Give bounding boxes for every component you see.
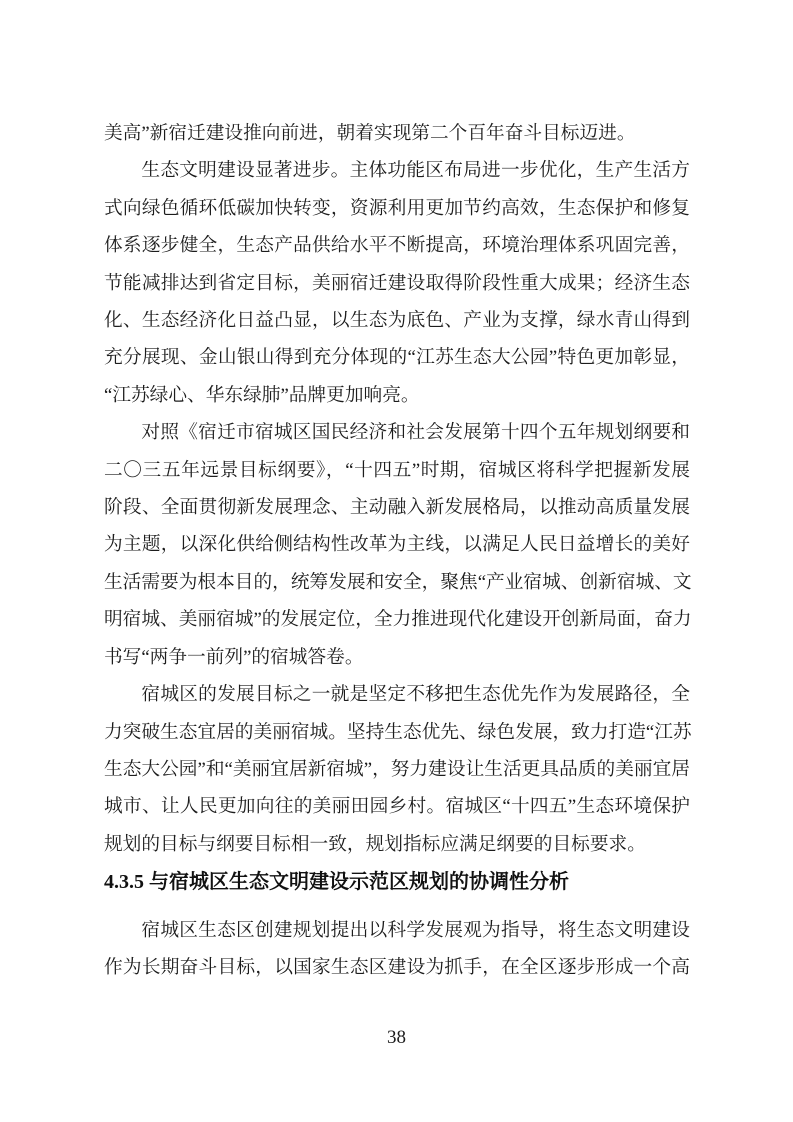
document-page: 美高”新宿迁建设推向前进，朝着实现第二个百年奋斗目标迈进。 生态文明建设显著进步… bbox=[0, 0, 793, 1122]
paragraph-line: 化、生态经济化日益凸显，以生态为底色、产业为支撑，绿水青山得到 bbox=[104, 302, 690, 339]
paragraph-line: 宿城区生态区创建规划提出以科学发展观为指导，将生态文明建设 bbox=[104, 912, 690, 949]
paragraph-line: 二〇三五年远景目标纲要》，“十四五”时期，宿城区将科学把握新发展 bbox=[104, 452, 690, 489]
paragraph-line: 明宿城、美丽宿城”的发展定位，全力推进现代化建设开创新局面，奋力 bbox=[104, 601, 690, 638]
paragraph-line: 作为长期奋斗目标，以国家生态区建设为抓手，在全区逐步形成一个高 bbox=[104, 949, 690, 986]
paragraph-line: 宿城区的发展目标之一就是坚定不移把生态优先作为发展路径，全 bbox=[104, 676, 690, 713]
paragraph-line: 体系逐步健全，生态产品供给水平不断提高，环境治理体系巩固完善， bbox=[104, 227, 690, 264]
paragraph-14th-five-year-plan: 对照《宿迁市宿城区国民经济和社会发展第十四个五年规划纲要和 二〇三五年远景目标纲… bbox=[104, 414, 690, 676]
paragraph-line: 城市、让人民更加向往的美丽田园乡村。宿城区“十四五”生态环境保护 bbox=[104, 788, 690, 825]
paragraph-eco-civilization-progress: 生态文明建设显著进步。主体功能区布局进一步优化，生产生活方 式向绿色循环低碳加快… bbox=[104, 152, 690, 414]
page-number: 38 bbox=[0, 1026, 793, 1050]
paragraph-line: 生活需要为根本目的，统筹发展和安全，聚焦“产业宿城、创新宿城、文 bbox=[104, 564, 690, 601]
paragraph-line: 充分展现、金山银山得到充分体现的“江苏生态大公园”特色更加彰显， bbox=[104, 339, 690, 376]
paragraph-line: 节能减排达到省定目标，美丽宿迁建设取得阶段性重大成果；经济生态 bbox=[104, 265, 690, 302]
paragraph-line: 书写“两争一前列”的宿城答卷。 bbox=[104, 639, 690, 676]
paragraph-line: 为主题，以深化供给侧结构性改革为主线，以满足人民日益增长的美好 bbox=[104, 526, 690, 563]
paragraph-line: 生态文明建设显著进步。主体功能区布局进一步优化，生产生活方 bbox=[104, 152, 690, 189]
page-body: 美高”新宿迁建设推向前进，朝着实现第二个百年奋斗目标迈进。 生态文明建设显著进步… bbox=[104, 115, 690, 986]
paragraph-line: 式向绿色循环低碳加快转变，资源利用更加节约高效，生态保护和修复 bbox=[104, 190, 690, 227]
paragraph-line: 对照《宿迁市宿城区国民经济和社会发展第十四个五年规划纲要和 bbox=[104, 414, 690, 451]
paragraph-continuation: 美高”新宿迁建设推向前进，朝着实现第二个百年奋斗目标迈进。 bbox=[104, 115, 690, 152]
paragraph-line: 美高”新宿迁建设推向前进，朝着实现第二个百年奋斗目标迈进。 bbox=[104, 115, 690, 152]
section-heading: 4.3.5 与宿城区生态文明建设示范区规划的协调性分析 bbox=[104, 864, 690, 901]
paragraph-eco-demonstration-zone: 宿城区生态区创建规划提出以科学发展观为指导，将生态文明建设 作为长期奋斗目标，以… bbox=[104, 912, 690, 987]
paragraph-line: 阶段、全面贯彻新发展理念、主动融入新发展格局，以推动高质量发展 bbox=[104, 489, 690, 526]
paragraph-line: 生态大公园”和“美丽宜居新宿城”，努力建设让生活更具品质的美丽宜居 bbox=[104, 751, 690, 788]
paragraph-line: “江苏绿心、华东绿肺”品牌更加响亮。 bbox=[104, 377, 690, 414]
paragraph-line: 规划的目标与纲要目标相一致，规划指标应满足纲要的目标要求。 bbox=[104, 826, 690, 863]
paragraph-development-goals: 宿城区的发展目标之一就是坚定不移把生态优先作为发展路径，全 力突破生态宜居的美丽… bbox=[104, 676, 690, 863]
paragraph-line: 力突破生态宜居的美丽宿城。坚持生态优先、绿色发展，致力打造“江苏 bbox=[104, 714, 690, 751]
